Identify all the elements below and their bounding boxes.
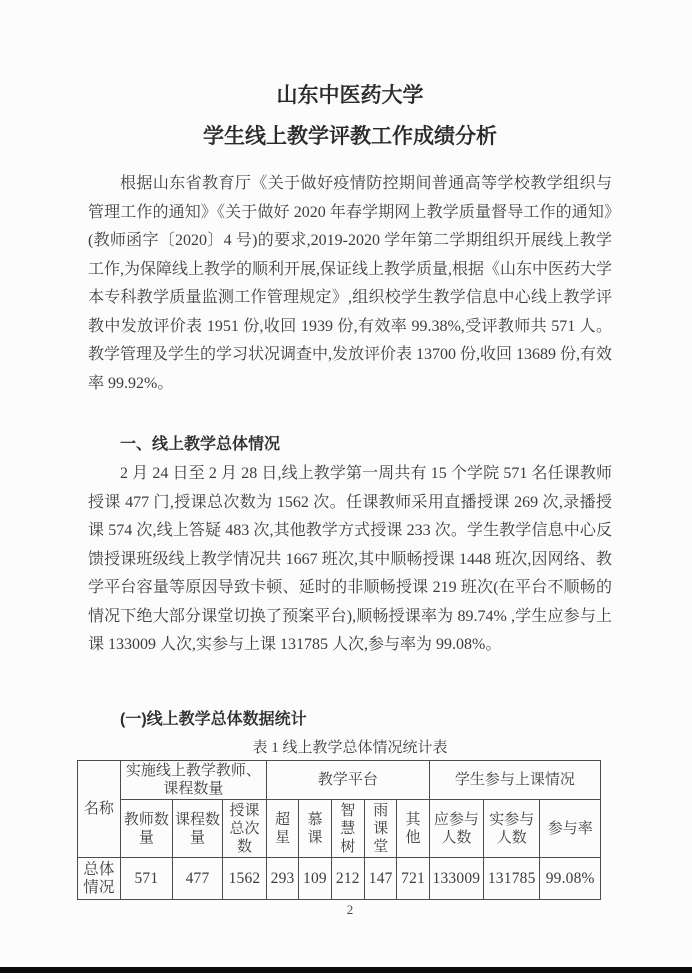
table-data-cell: 293 [266, 858, 298, 900]
table-subheader-cell: 授课总次数 [223, 800, 267, 858]
table-subheader-row: 教师数量 课程数量 授课总次数 超星 慕课 智慧树 雨课堂 其他 应参与人数 实… [78, 800, 601, 858]
table-data-cell: 1562 [223, 858, 267, 900]
subsection-heading-overall-data: (一)线上教学总体数据统计 [88, 706, 612, 735]
table-data-cell: 571 [120, 858, 172, 900]
paragraph-intro: 根据山东省教育厅《关于做好疫情防控期间普通高等学校教学组织与管理工作的通知》《关… [88, 170, 612, 398]
page-number: 2 [88, 902, 612, 918]
table-subheader-cell: 应参与人数 [429, 800, 483, 858]
table-subheader-cell: 实参与人数 [484, 800, 540, 858]
table-group-header-row: 名称 实施线上教学教师、课程数量 教学平台 学生参与上课情况 [78, 761, 601, 800]
table-data-cell: 212 [331, 858, 364, 900]
table-subheader-cell: 慕课 [299, 800, 331, 858]
paragraph-overview-stats: 2 月 24 日至 2 月 28 日,线上教学第一周共有 15 个学院 571 … [88, 460, 612, 660]
table-subheader-cell: 雨课堂 [365, 800, 397, 858]
table-subheader-cell: 课程数量 [172, 800, 222, 858]
document-page: 山东中医药大学 学生线上教学评教工作成绩分析 根据山东省教育厅《关于做好疫情防控… [0, 0, 692, 979]
table-data-cell: 133009 [429, 858, 483, 900]
table-data-cell: 131785 [484, 858, 540, 900]
table-group-header-participation: 学生参与上课情况 [429, 761, 600, 800]
table-row-name: 总体情况 [78, 858, 121, 900]
table-subheader-cell: 超星 [266, 800, 298, 858]
scan-edge-line [0, 967, 692, 973]
table-group-header-platforms: 教学平台 [266, 761, 429, 800]
table-data-cell: 99.08% [540, 858, 601, 900]
table-data-cell: 477 [172, 858, 222, 900]
section-heading-online-teaching-overview: 一、线上教学总体情况 [88, 431, 612, 460]
table-row: 总体情况 571 477 1562 293 109 212 147 721 13… [78, 858, 601, 900]
table-data-cell: 147 [365, 858, 397, 900]
table-subheader-cell: 教师数量 [120, 800, 172, 858]
table-subheader-cell: 其他 [397, 800, 429, 858]
doc-subtitle: 学生线上教学评教工作成绩分析 [88, 125, 612, 149]
doc-title: 山东中医药大学 [88, 84, 612, 108]
table-corner-header: 名称 [78, 761, 121, 858]
table-subheader-cell: 智慧树 [331, 800, 364, 858]
table-group-header-teachers-courses: 实施线上教学教师、课程数量 [120, 761, 266, 800]
stats-table: 名称 实施线上教学教师、课程数量 教学平台 学生参与上课情况 教师数量 课程数量… [77, 760, 601, 900]
table-data-cell: 721 [397, 858, 429, 900]
table-subheader-cell: 参与率 [540, 800, 601, 858]
table-caption: 表 1 线上教学总体情况统计表 [88, 739, 612, 757]
table-data-cell: 109 [299, 858, 331, 900]
